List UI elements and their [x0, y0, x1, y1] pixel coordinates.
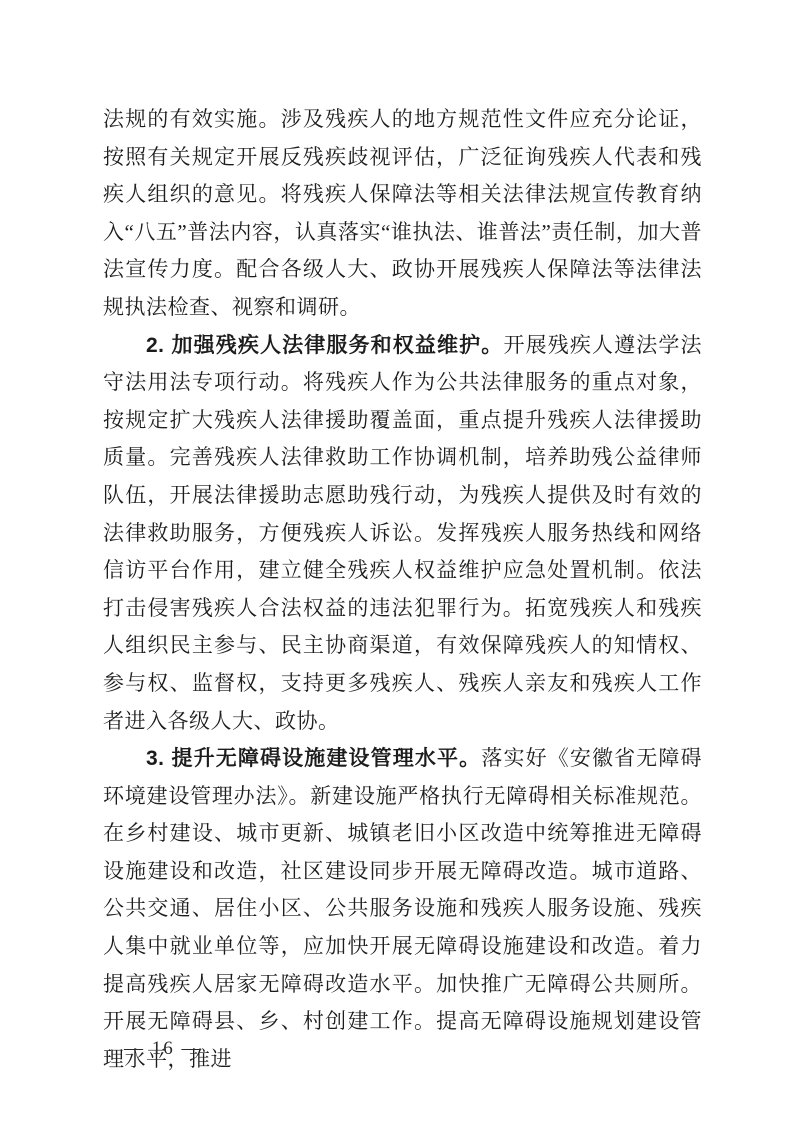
paragraph-continuation: 法规的有效实施。涉及残疾人的地方规范性文件应充分论证，按照有关规定开展反残疾歧视… [103, 101, 702, 327]
paragraph-heading: 2. 加强残疾人法律服务和权益维护。 [146, 334, 503, 357]
paragraph-item-3: 3. 提升无障碍设施建设管理水平。落实好《安徽省无障碍环境建设管理办法》。新建设… [103, 740, 702, 1078]
document-body: 法规的有效实施。涉及残疾人的地方规范性文件应充分论证，按照有关规定开展反残疾歧视… [103, 101, 702, 1078]
document-page: 法规的有效实施。涉及残疾人的地方规范性文件应充分论证，按照有关规定开展反残疾歧视… [0, 0, 793, 1122]
paragraph-item-2: 2. 加强残疾人法律服务和权益维护。开展残疾人遵法学法守法用法专项行动。将残疾人… [103, 327, 702, 741]
paragraph-text: 落实好《安徽省无障碍环境建设管理办法》。新建设施严格执行无障碍相关标准规范。在乡… [103, 746, 702, 1071]
page-number: — 16 — [124, 1038, 203, 1060]
paragraph-text: 开展残疾人遵法学法守法用法专项行动。将残疾人作为公共法律服务的重点对象，按规定扩… [103, 333, 702, 733]
paragraph-text: 法规的有效实施。涉及残疾人的地方规范性文件应充分论证，按照有关规定开展反残疾歧视… [103, 107, 702, 319]
paragraph-heading: 3. 提升无障碍设施建设管理水平。 [146, 747, 481, 770]
